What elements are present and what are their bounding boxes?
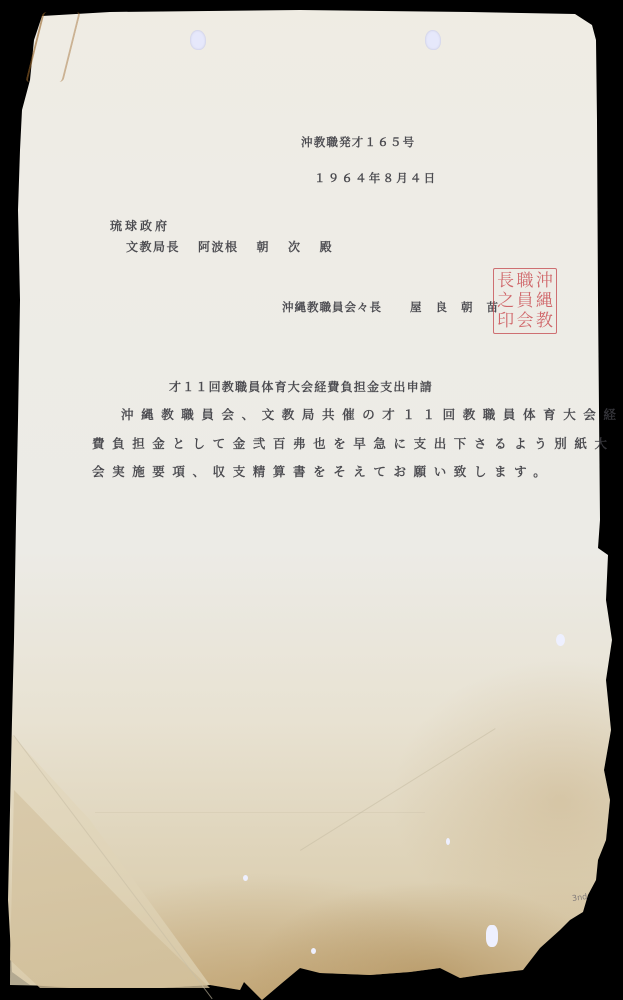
- seal-char: 印: [496, 311, 515, 331]
- document-date: １９６４年８月４日: [314, 170, 437, 186]
- recipient-surname: 阿波根: [198, 240, 239, 254]
- seal-char: 長: [496, 271, 515, 291]
- seal-char: 職: [515, 271, 534, 291]
- recipient-line: 文教局長阿波根朝次殿: [126, 238, 333, 255]
- seal-char: 之: [496, 291, 515, 311]
- seal-char: 会: [515, 311, 534, 331]
- official-seal: 沖 縄 教 職 員 会 長 之 印: [493, 268, 557, 334]
- fold-crease: [95, 812, 425, 813]
- sender-title: 沖縄教職員会々長: [282, 300, 382, 314]
- paper-hole: [311, 948, 316, 954]
- paper-hole: [556, 634, 565, 646]
- seal-char: 沖: [535, 271, 554, 291]
- recipient-organization: 琉球政府: [110, 217, 170, 234]
- recipient-title: 文教局長: [126, 240, 180, 254]
- document-subject: 才１１回教職員体育大会経費負担金支出申請: [169, 378, 433, 395]
- paper-hole: [486, 925, 498, 947]
- body-line: 会実施要項、収支精算書をそえてお願い致します。: [92, 462, 553, 480]
- seal-char: 員: [515, 291, 534, 311]
- paper-hole: [446, 838, 450, 845]
- body-line: 費負担金として金弐百弗也を早急に支出下さるよう別紙大: [92, 434, 615, 452]
- sender-line: 沖縄教職員会々長屋良朝苗: [282, 299, 512, 315]
- reference-number: 沖教職発才１６５号: [301, 134, 415, 150]
- recipient-given-2: 次: [288, 240, 302, 254]
- punch-hole: [425, 30, 441, 50]
- recipient-given-1: 朝: [257, 240, 271, 254]
- punch-hole: [190, 30, 206, 50]
- body-line: 沖縄教職員会、文教局共催の才１１回教職員体育大会経: [121, 405, 623, 423]
- seal-char: 縄: [535, 291, 554, 311]
- paper-hole: [243, 875, 248, 881]
- seal-char: 教: [535, 311, 554, 331]
- recipient-honorific: 殿: [320, 240, 334, 254]
